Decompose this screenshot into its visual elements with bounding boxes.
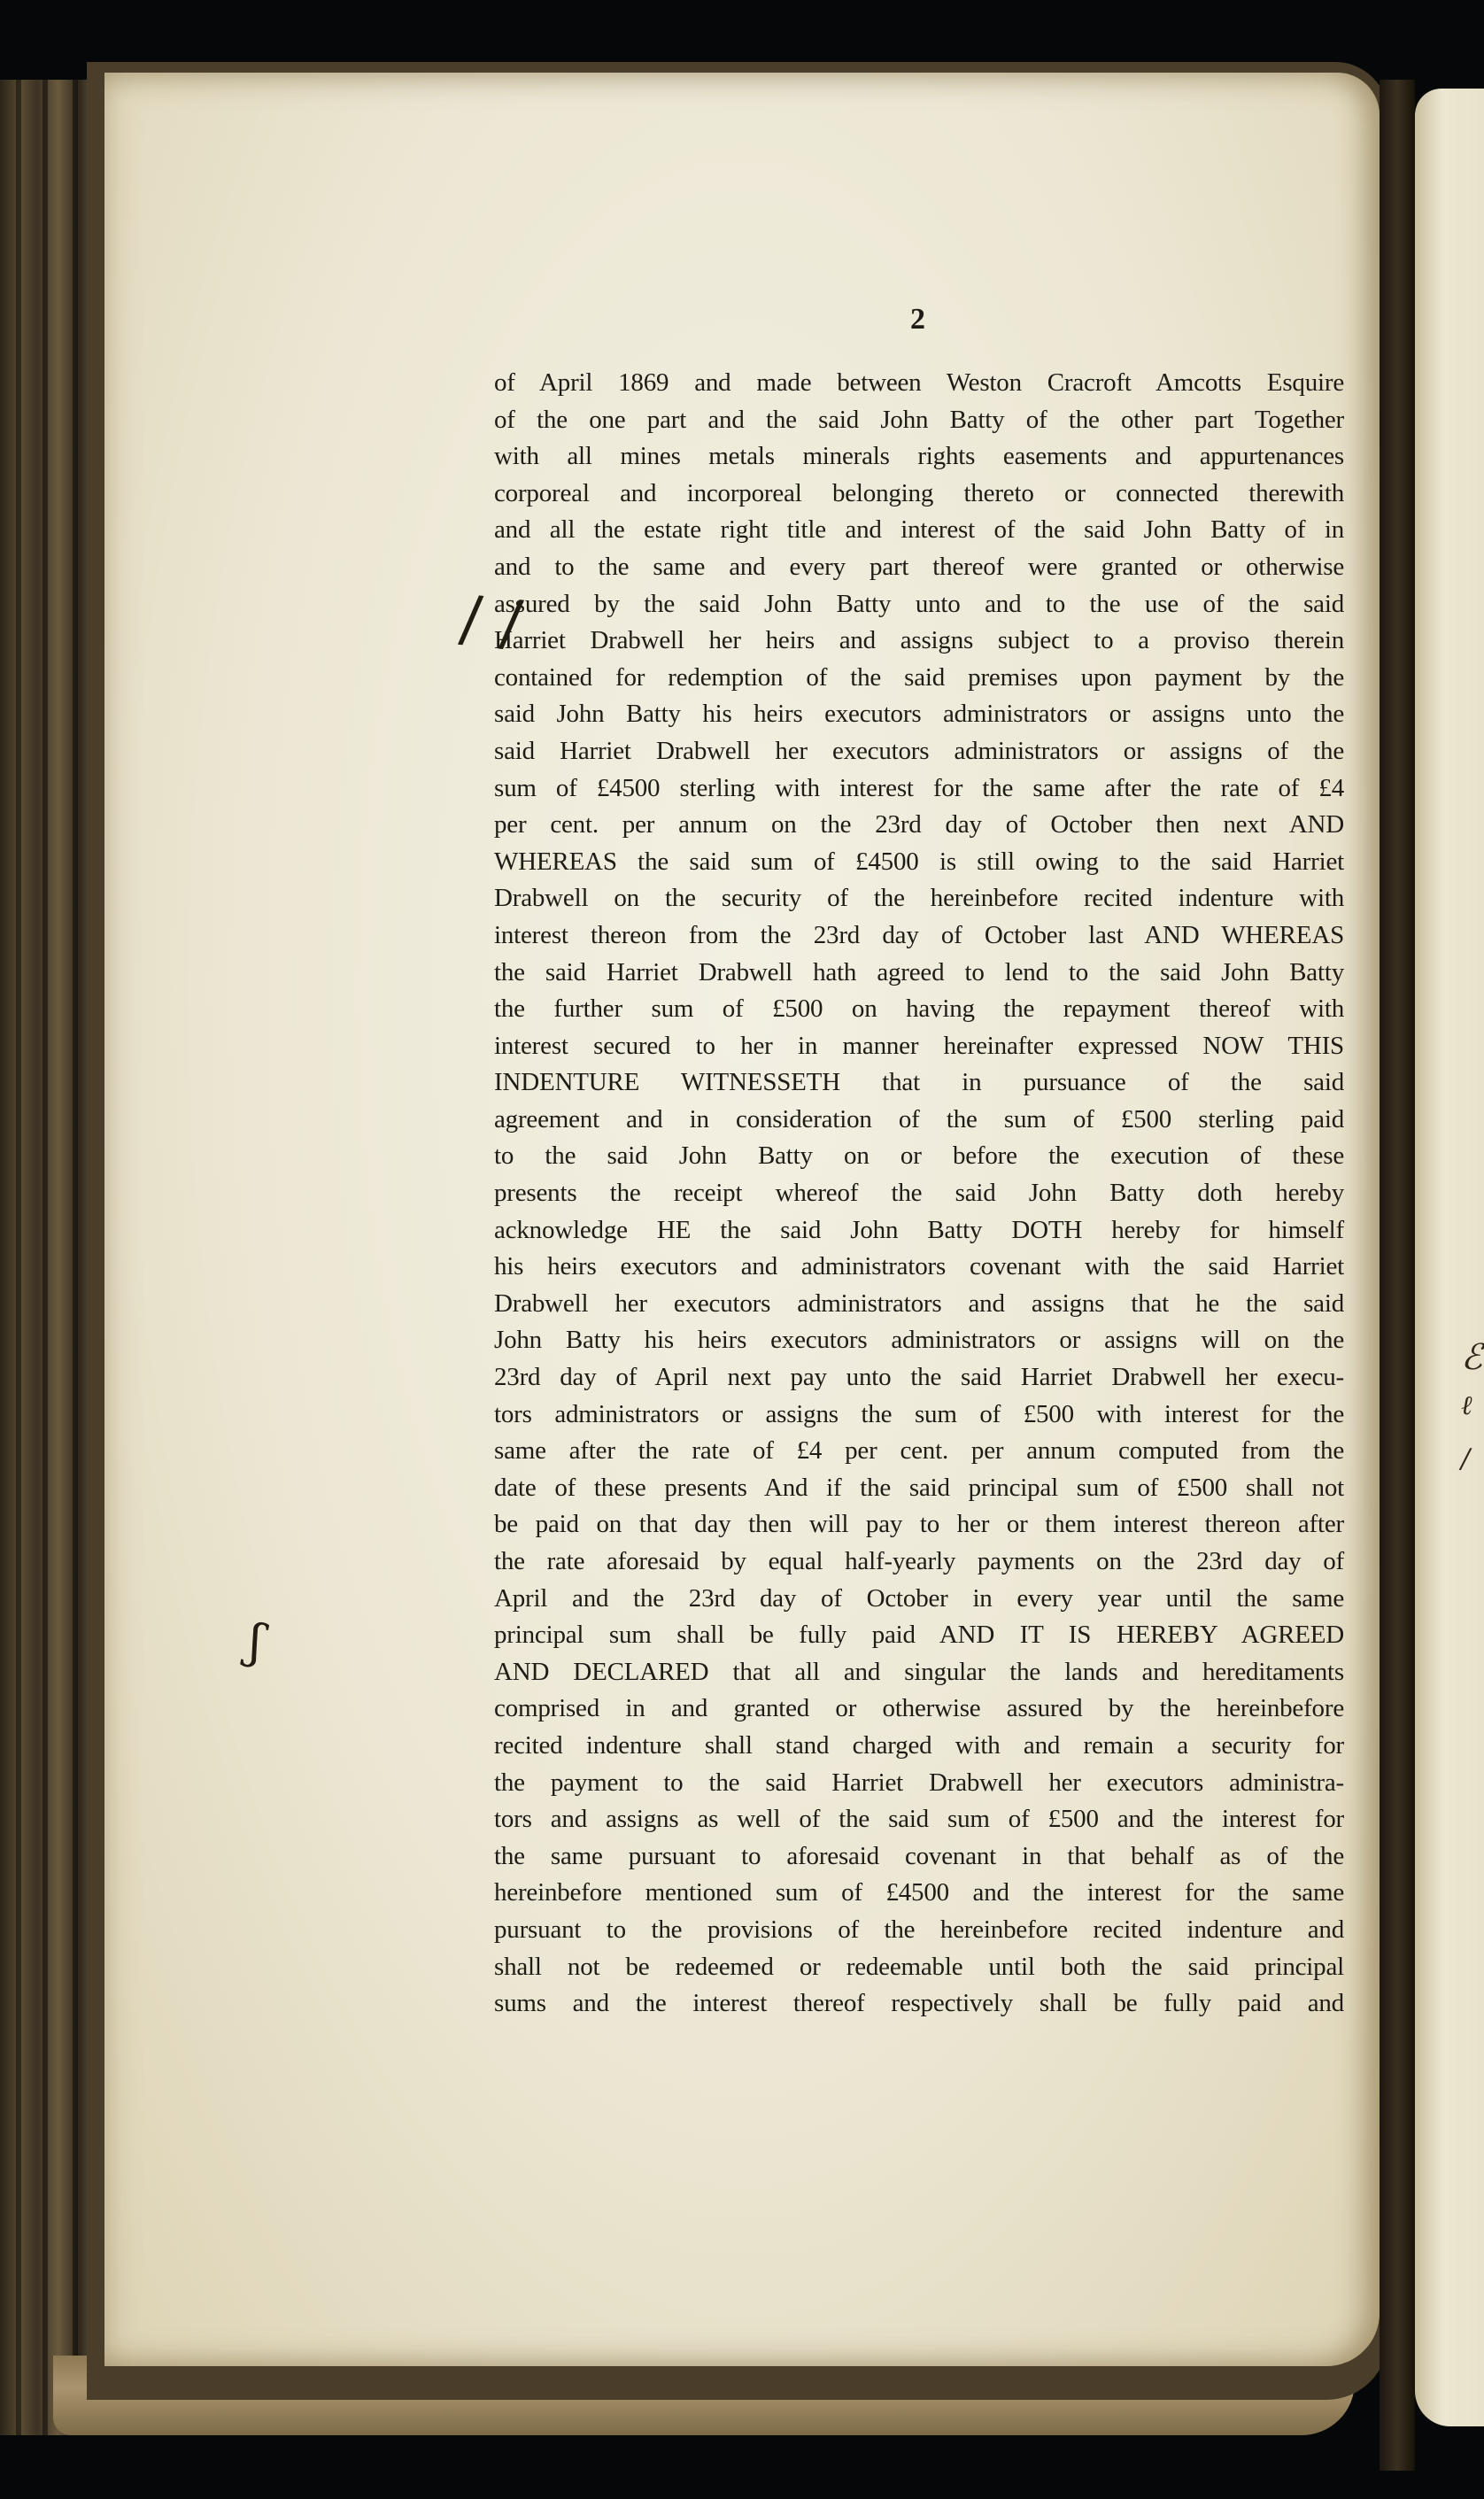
text-line: comprised in and granted or otherwise as… [494,1690,1344,1728]
document-body: of April 1869 and made between Weston Cr… [494,365,1344,2023]
text-line: interest secured to her in manner herein… [494,1028,1344,1065]
text-line: recited indenture shall stand charged wi… [494,1728,1344,1765]
text-line: tors and assigns as well of the said sum… [494,1801,1344,1838]
edge-ridge [43,80,48,2435]
text-line: the further sum of £500 on having the re… [494,991,1344,1028]
text-line: corporeal and incorporeal belonging ther… [494,476,1344,513]
text-line: Harriet Drabwell her heirs and assigns s… [494,623,1344,660]
text-line: contained for redemption of the said pre… [494,660,1344,697]
text-line: shall not be redeemed or redeemable unti… [494,1949,1344,1986]
text-line: and all the estate right title and inter… [494,512,1344,549]
text-line: his heirs executors and administrators c… [494,1249,1344,1286]
text-line: of April 1869 and made between Weston Cr… [494,365,1344,402]
handwritten-mark: ℰ [1461,1337,1482,1378]
text-line: date of these presents And if the said p… [494,1470,1344,1507]
text-line: and to the same and every part thereof w… [494,549,1344,586]
text-line: INDENTURE WITNESSETH that in pursuance o… [494,1064,1344,1102]
text-line: agreement and in consideration of the su… [494,1102,1344,1139]
text-line: Drabwell her executors administrators an… [494,1286,1344,1323]
book-gutter [1380,80,1415,2471]
text-line: the said Harriet Drabwell hath agreed to… [494,955,1344,992]
text-line: with all mines metals minerals rights ea… [494,438,1344,476]
page-number: 2 [910,303,925,337]
text-line: the rate aforesaid by equal half-yearly … [494,1543,1344,1581]
text-line: hereinbefore mentioned sum of £4500 and … [494,1875,1344,1912]
text-line: acknowledge HE the said John Batty DOTH … [494,1212,1344,1249]
next-page-edge: ℰ ℓ / [1415,89,1484,2426]
text-line: principal sum shall be fully paid AND IT… [494,1617,1344,1654]
text-line: April and the 23rd day of October in eve… [494,1581,1344,1618]
text-line: tors administrators or assigns the sum o… [494,1396,1344,1434]
text-line: same after the rate of £4 per cent. per … [494,1433,1344,1470]
text-line: said John Batty his heirs executors admi… [494,696,1344,733]
text-line: interest thereon from the 23rd day of Oc… [494,917,1344,955]
text-line: of the one part and the said John Batty … [494,402,1344,439]
text-line: AND DECLARED that all and singular the l… [494,1654,1344,1691]
text-line: sum of £4500 sterling with interest for … [494,770,1344,808]
text-line: presents the receipt whereof the said Jo… [494,1175,1344,1212]
text-line: 23rd day of April next pay unto the said… [494,1359,1344,1396]
text-line: Drabwell on the security of the hereinbe… [494,880,1344,917]
handwritten-mark: ℓ [1461,1390,1472,1421]
edge-ridge [73,80,78,2435]
text-line: the payment to the said Harriet Drabwell… [494,1765,1344,1802]
handwritten-mark: / [1461,1443,1470,1474]
text-line: per cent. per annum on the 23rd day of O… [494,807,1344,844]
edge-ridge [16,80,21,2435]
text-line: John Batty his heirs executors administr… [494,1322,1344,1359]
text-line: pursuant to the provisions of the herein… [494,1912,1344,1949]
text-line: said Harriet Drabwell her executors admi… [494,733,1344,770]
text-line: WHEREAS the said sum of £4500 is still o… [494,844,1344,881]
text-line: be paid on that day then will pay to her… [494,1506,1344,1543]
text-line: the same pursuant to aforesaid covenant … [494,1838,1344,1876]
text-line: sums and the interest thereof respective… [494,1985,1344,2023]
text-line: to the said John Batty on or before the … [494,1138,1344,1175]
text-line: assured by the said John Batty unto and … [494,586,1344,623]
